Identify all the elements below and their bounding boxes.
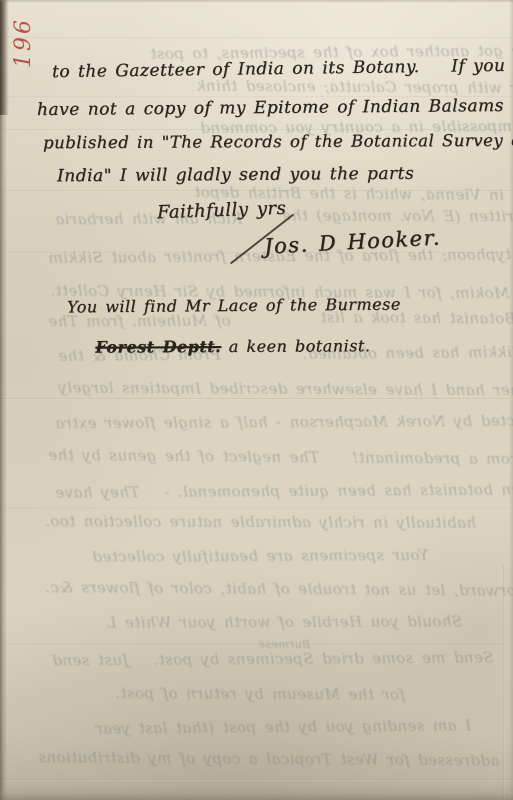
bleedthrough-line: other hand I have elsewhere described Im… — [58, 380, 513, 399]
postscript-line: You will find Mr Lace of the Burmese — [67, 296, 401, 317]
bleedthrough-line: written (E Nov. montage) the — [282, 208, 513, 225]
letter-body-line: have not a copy of my Epitome of Indian … — [37, 97, 504, 121]
bleedthrough-line: for the Museum by return of post. — [115, 685, 405, 703]
postscript-rest-text: a keen botanist. — [221, 337, 370, 357]
bleedthrough-line: Your specimens are beautifully collected — [92, 547, 428, 565]
letter-scan-page: 196 I have got another box of the specim… — [0, 0, 513, 800]
bleedthrough-line: habitually in richly admirable nature co… — [45, 513, 476, 531]
paper-crease-vertical — [503, 565, 505, 800]
page-bottom-edge-shadow — [0, 784, 513, 800]
bleedthrough-line: Indian botanists has been quite phenomen… — [55, 481, 513, 501]
paper-crease — [3, 644, 510, 646]
bleedthrough-line: Should you Herbile of worth your White L — [106, 613, 462, 631]
paper-crease — [3, 37, 510, 39]
bleedthrough-line: forward, let us not trouble of habit, co… — [45, 579, 513, 599]
postscript-struck-text: Forest Deptt. — [95, 337, 221, 357]
page-left-edge-shadow — [0, 0, 9, 115]
bleedthrough-line: collected by Norek Macpherson - half a s… — [55, 413, 513, 432]
postscript-line: Forest Deptt. a keen botanist. — [65, 319, 371, 376]
bleedthrough-line: from a predominant! The neglect of the g… — [48, 447, 513, 468]
bleedthrough-line: letter with proper Calcutta; enclosed th… — [196, 78, 513, 97]
folio-number: 196 — [11, 17, 36, 68]
letter-body-line: published in "The Records of the Botanic… — [43, 132, 513, 154]
page-left-edge-shadow — [0, 0, 7, 800]
paper-crease — [3, 779, 510, 781]
letter-body-line: India" I will gladly send you the parts — [57, 165, 414, 187]
page-top-edge-shadow — [0, 0, 513, 3]
letter-closing: Faithfully yrs — [157, 199, 287, 224]
paper-crease — [3, 508, 510, 510]
bleedthrough-line: Send me some dried Specimens by post. Ju… — [52, 649, 494, 669]
bleedthrough-line: addressed for West Tropical a copy of my… — [38, 749, 500, 769]
bleedthrough-line: I am sending you by the post (that last … — [95, 717, 471, 737]
